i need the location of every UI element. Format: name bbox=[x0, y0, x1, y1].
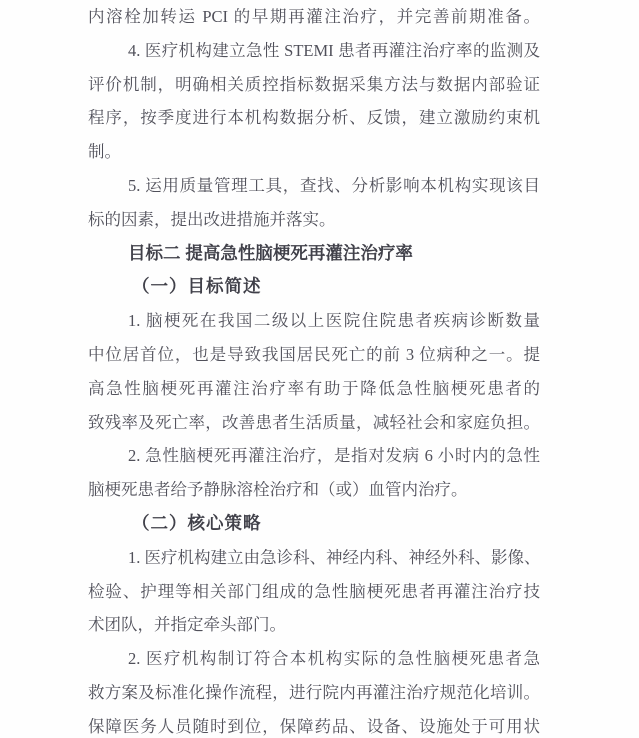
text-line: 2. 医疗机构制订符合本机构实际的急性脑梗死患者急 bbox=[88, 642, 540, 676]
text-line: 1. 脑梗死在我国二级以上医院住院患者疾病诊断数量 bbox=[88, 304, 540, 338]
text-line: 高急性脑梗死再灌注治疗率有助于降低急性脑梗死患者的 bbox=[88, 372, 540, 406]
text-line: 内溶栓加转运 PCI 的早期再灌注治疗，并完善前期准备。 bbox=[88, 0, 540, 34]
section-heading-goal-2: 目标二 提高急性脑梗死再灌注治疗率 bbox=[88, 237, 540, 271]
text-line: 标的因素，提出改进措施并落实。 bbox=[88, 203, 540, 237]
text-line: 评价机制，明确相关质控指标数据采集方法与数据内部验证 bbox=[88, 68, 540, 102]
text-line: 制。 bbox=[88, 135, 540, 169]
text-line: 5. 运用质量管理工具，查找、分析影响本机构实现该目 bbox=[88, 169, 540, 203]
text-line: 术团队，并指定牵头部门。 bbox=[88, 608, 540, 642]
text-line: 脑梗死患者给予静脉溶栓治疗和（或）血管内治疗。 bbox=[88, 473, 540, 507]
text-line: 程序，按季度进行本机构数据分析、反馈，建立激励约束机 bbox=[88, 101, 540, 135]
text-line: 致残率及死亡率，改善患者生活质量，减轻社会和家庭负担。 bbox=[88, 406, 540, 440]
text-line: 中位居首位，也是导致我国居民死亡的前 3 位病种之一。提 bbox=[88, 338, 540, 372]
text-line: 2. 急性脑梗死再灌注治疗，是指对发病 6 小时内的急性 bbox=[88, 439, 540, 473]
text-line: 1. 医疗机构建立由急诊科、神经内科、神经外科、影像、 bbox=[88, 541, 540, 575]
text-line: 4. 医疗机构建立急性 STEMI 患者再灌注治疗率的监测及 bbox=[88, 34, 540, 68]
subsection-heading-goal-summary: （一）目标简述 bbox=[88, 270, 540, 304]
document-page: 内溶栓加转运 PCI 的早期再灌注治疗，并完善前期准备。 4. 医疗机构建立急性… bbox=[0, 0, 639, 738]
text-line: 检验、护理等相关部门组成的急性脑梗死患者再灌注治疗技 bbox=[88, 575, 540, 609]
text-line: 保障医务人员随时到位，保障药品、设备、设施处于可用状 bbox=[88, 710, 540, 738]
subsection-heading-core-strategy: （二）核心策略 bbox=[88, 507, 540, 541]
text-line: 救方案及标准化操作流程，进行院内再灌注治疗规范化培训。 bbox=[88, 676, 540, 710]
document-content: 内溶栓加转运 PCI 的早期再灌注治疗，并完善前期准备。 4. 医疗机构建立急性… bbox=[88, 0, 540, 738]
